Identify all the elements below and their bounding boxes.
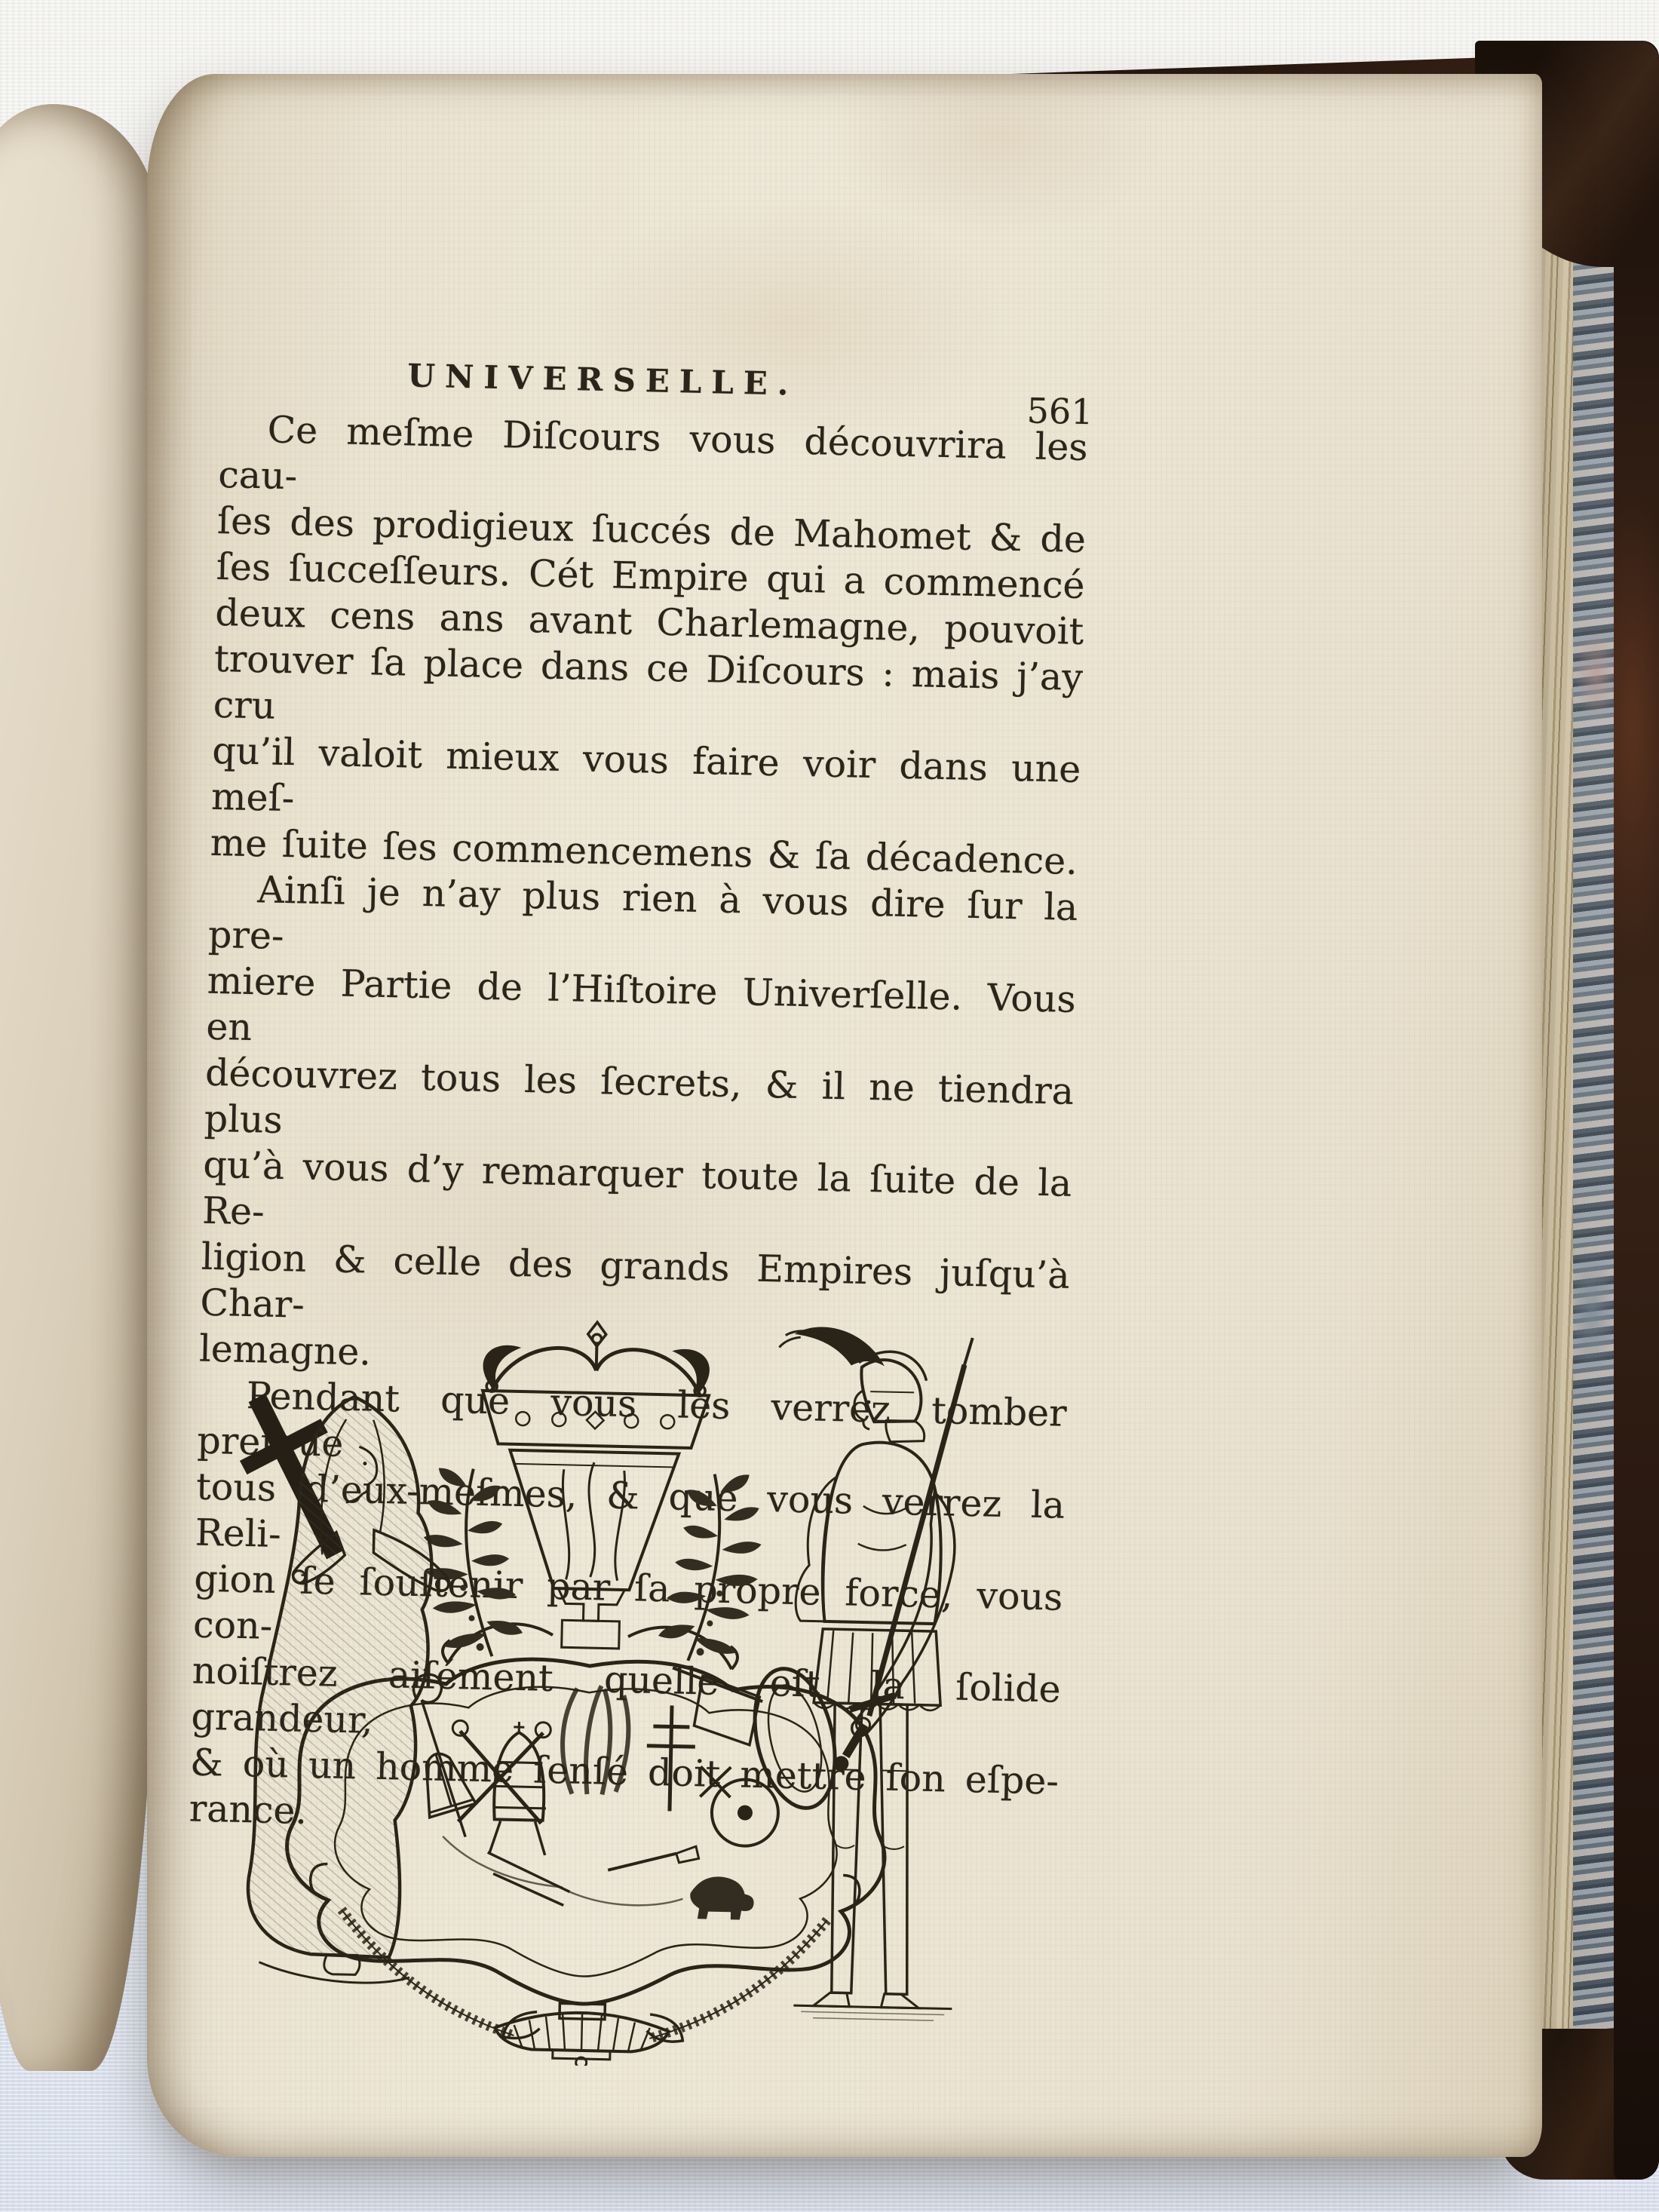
book-page: UNIVERSELLE. 561 Ce meſme Diſcours vous …	[147, 74, 1542, 2157]
laurel-branch-right	[658, 1473, 762, 1662]
garland-right	[649, 1916, 826, 2042]
engraving-vignette	[212, 1304, 990, 2075]
leather-binding-right	[1614, 41, 1659, 2180]
religion-figure	[228, 1393, 453, 1984]
running-title: UNIVERSELLE.	[407, 357, 799, 402]
dolphin-right-icon	[671, 1349, 710, 1393]
shield-icon	[743, 1661, 848, 1815]
photograph-of-open-book: UNIVERSELLE. 561 Ce meſme Diſcours vous …	[0, 0, 1659, 2212]
facing-page-edge	[0, 104, 160, 2071]
laurel-branch-left	[421, 1468, 526, 1657]
crown	[481, 1320, 710, 1449]
helmet-plume-icon	[794, 1327, 885, 1367]
paragraph-1: Ce meſme Diſcours vous découvrira les ca…	[210, 406, 1088, 885]
base-urn	[339, 1910, 827, 2073]
marbled-endpaper-edge	[1573, 81, 1620, 2065]
printed-content: UNIVERSELLE. 561 Ce meſme Diſcours vous …	[189, 353, 1090, 1851]
dolphin-left-icon	[483, 1345, 521, 1388]
trophies	[409, 1662, 781, 1921]
soldier-figure	[735, 1325, 973, 2020]
